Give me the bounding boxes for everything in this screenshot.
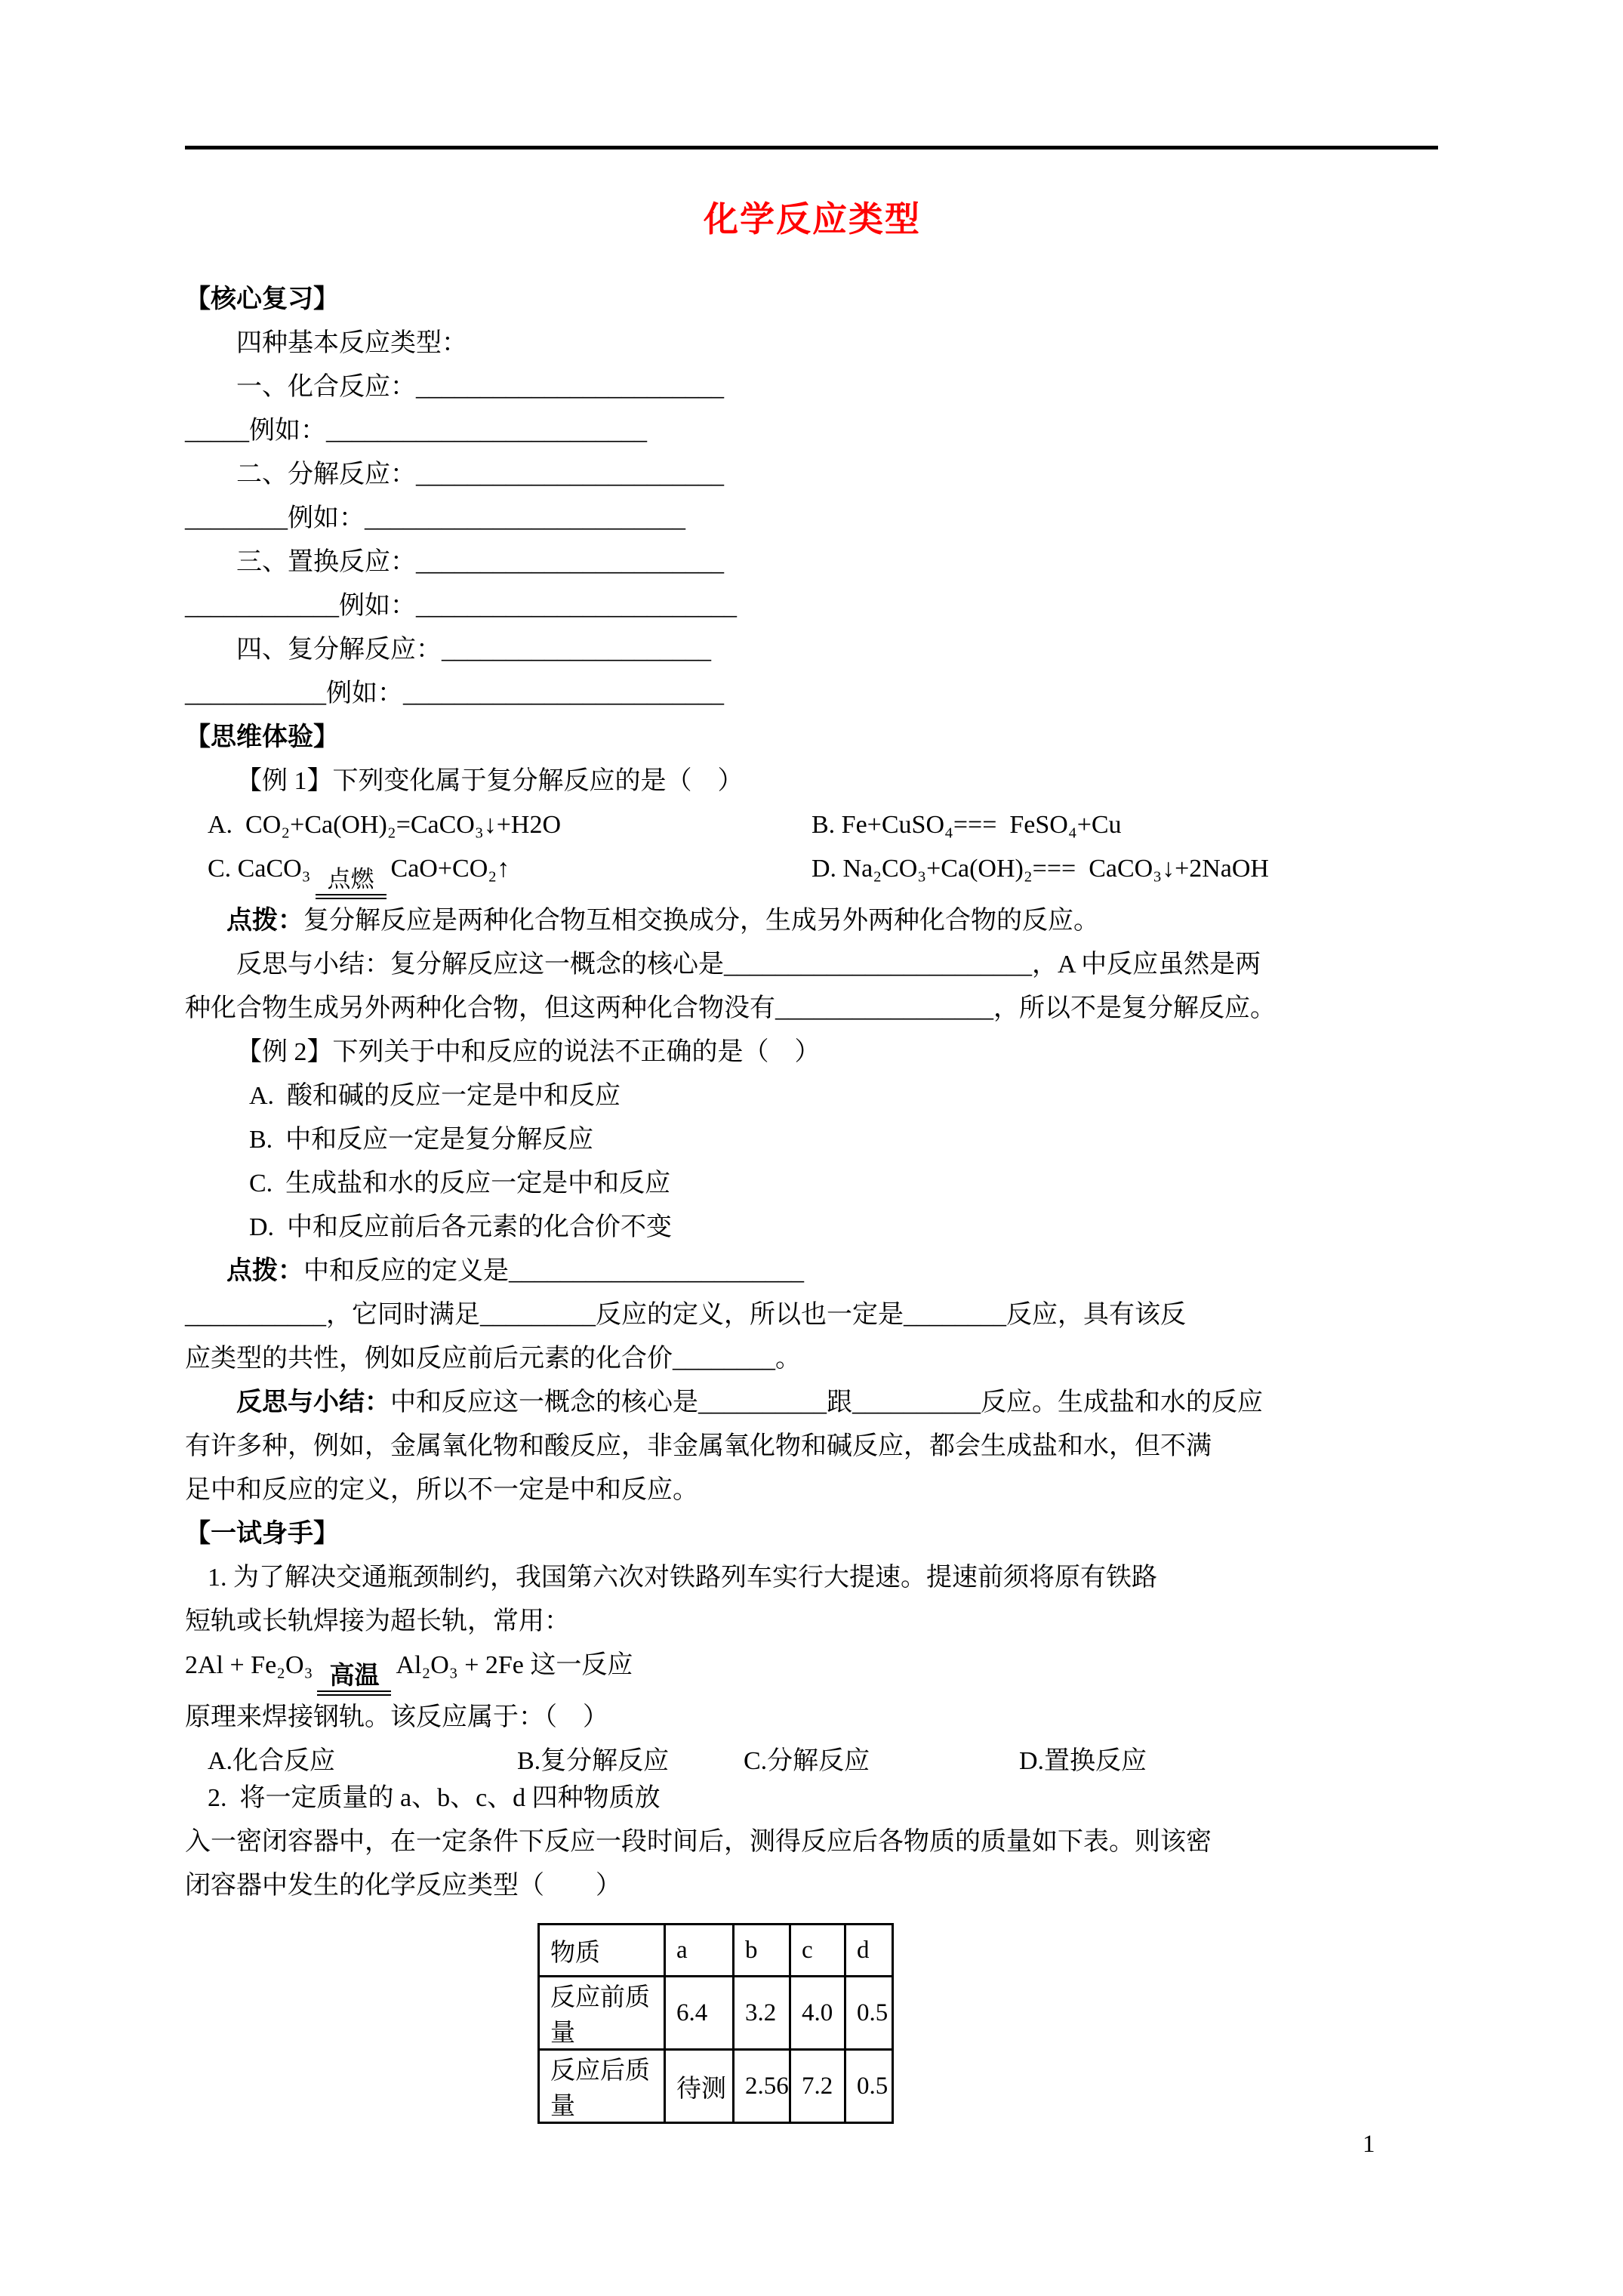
reaction-condition: 点燃 <box>316 865 387 899</box>
core-item-2-label: 二、分解反应： <box>236 461 416 488</box>
table-header-cell: a <box>665 1925 734 1977</box>
core-item-1-label: 一、化合反应： <box>236 373 416 401</box>
hint-text: ，它同时满足 <box>326 1301 480 1329</box>
table-row: 反应后质量 待测 2.56 7.2 0.5 <box>539 2050 893 2123</box>
equation-reactants: 2Al + Fe₂O₃ <box>185 1651 313 1679</box>
blank-line: _________________________ <box>365 504 685 532</box>
summary-text: 反应。生成盐和水的反应 <box>981 1388 1263 1416</box>
hint-text: 复分解反应是两种化合物互相交换成分，生成另外两种化合物的反应。 <box>303 907 1099 935</box>
example2-summary-line3: 足中和反应的定义，所以不一定是中和反应。 <box>185 1469 1440 1512</box>
core-item-1-example: _____例如：_________________________ <box>185 409 1440 453</box>
summary-label: 反思与小结： <box>236 1388 390 1416</box>
table-header-row: 物质 a b c d <box>539 1925 893 1977</box>
table-cell: 0.5 <box>845 2050 893 2123</box>
table-cell: 待测 <box>665 2050 734 2123</box>
section-header-core-review: 【核心复习】 <box>185 278 1440 322</box>
table-cell: 4.0 <box>790 1977 845 2050</box>
example1-options-ab: A. CO₂+Ca(OH)₂=CaCO₃↓+H2O B. Fe+CuSO₄===… <box>185 803 1440 847</box>
example1-summary-line1: 反思与小结：复分解反应这一概念的核心是_____________________… <box>185 943 1440 987</box>
blank-line: ___________ <box>185 680 326 707</box>
summary-text: 跟 <box>827 1388 852 1416</box>
option-c-reactant: C. CaCO₃ <box>208 855 311 883</box>
reaction-condition-label: 高温 <box>317 1662 391 1696</box>
blank-line: _________________________ <box>403 680 724 707</box>
hint-label: 点拨： <box>226 907 303 935</box>
blank-line: ________ <box>904 1301 1006 1329</box>
table-cell: 反应前质量 <box>539 1977 665 2050</box>
example1-summary-line2: 种化合物生成另外两种化合物，但这两种化合物没有_________________… <box>185 987 1440 1031</box>
question1-equation: 2Al + Fe₂O₃高温Al₂O₃ + 2Fe 这一反应 <box>185 1644 1440 1696</box>
summary-text: ，A 中反应虽然是两 <box>1032 951 1261 978</box>
table-cell: 2.56 <box>734 2050 790 2123</box>
table-cell: 6.4 <box>665 1977 734 2050</box>
hint-text: 反应的定义，所以也一定是 <box>596 1301 904 1329</box>
example-label: 例如： <box>288 504 365 532</box>
question1-option-c: C.分解反应 <box>744 1740 1019 1777</box>
table-header-cell: b <box>734 1925 790 1977</box>
hint-text: 中和反应的定义是 <box>303 1257 509 1285</box>
example2-hint-line2: ___________，它同时满足_________反应的定义，所以也一定是__… <box>185 1293 1440 1337</box>
blank-line: __________ <box>698 1388 827 1416</box>
table-header-cell: 物质 <box>539 1925 665 1977</box>
hint-text: 。 <box>775 1345 801 1373</box>
example2-option-b: B. 中和反应一定是复分解反应 <box>185 1118 1440 1162</box>
question1-options: A.化合反应 B.复分解反应 C.分解反应 D.置换反应 <box>185 1740 1440 1777</box>
blank-line: ________ <box>185 504 288 532</box>
table-cell: 3.2 <box>734 1977 790 2050</box>
table-cell: 反应后质量 <box>539 2050 665 2123</box>
question1-option-a: A.化合反应 <box>185 1740 517 1777</box>
core-item-2-example: ________例如：_________________________ <box>185 497 1440 541</box>
core-item-3-label: 三、置换反应： <box>236 548 416 576</box>
core-item-2: 二、分解反应：________________________ <box>185 453 1440 497</box>
blank-line: ____________ <box>185 592 339 620</box>
blank-line: _______________________ <box>509 1257 804 1285</box>
equation-products: Al₂O₃ + 2Fe 这一反应 <box>396 1651 633 1679</box>
core-item-4: 四、复分解反应：_____________________ <box>185 628 1440 672</box>
core-item-4-label: 四、复分解反应： <box>236 636 442 664</box>
blank-line: _________ <box>480 1301 596 1329</box>
blank-line: ________________________ <box>416 461 724 488</box>
blank-line: _________________________ <box>326 417 647 445</box>
example2-title: 【例 2】下列关于中和反应的说法不正确的是（ ） <box>185 1031 1440 1074</box>
summary-text: ，所以不是复分解反应。 <box>993 994 1276 1022</box>
hint-text: 应类型的共性，例如反应前后元素的化合价 <box>185 1345 673 1373</box>
example2-hint-line3: 应类型的共性，例如反应前后元素的化合价________。 <box>185 1337 1440 1381</box>
example1-options-cd: C. CaCO₃点燃CaO+CO₂↑ D. Na₂CO₃+Ca(OH)₂=== … <box>185 847 1440 899</box>
table-row: 反应前质量 6.4 3.2 4.0 0.5 <box>539 1977 893 2050</box>
summary-text: 种化合物生成另外两种化合物，但这两种化合物没有 <box>185 994 775 1022</box>
example2-hint-line1: 点拨：中和反应的定义是_______________________ <box>185 1250 1440 1293</box>
example1-option-d: D. Na₂CO₃+Ca(OH)₂=== CaCO₃↓+2NaOH <box>811 847 1269 899</box>
core-item-3: 三、置换反应：________________________ <box>185 541 1440 584</box>
blank-line: _________________________ <box>416 592 737 620</box>
table-header-cell: d <box>845 1925 893 1977</box>
example1-title: 【例 1】下列变化属于复分解反应的是（ ） <box>185 760 1440 803</box>
example2-summary-line1: 反思与小结：中和反应这一概念的核心是__________跟__________反… <box>185 1381 1440 1425</box>
question2-line3: 闭容器中发生的化学反应类型（ ） <box>185 1864 1440 1908</box>
core-item-4-example: ___________例如：_________________________ <box>185 672 1440 716</box>
question1-line2: 短轨或长轨焊接为超长轨，常用： <box>185 1600 1440 1644</box>
hint-label: 点拨： <box>226 1257 303 1285</box>
mass-table: 物质 a b c d 反应前质量 6.4 3.2 4.0 0.5 反应后质量 待… <box>537 1923 894 2124</box>
core-item-1: 一、化合反应：________________________ <box>185 365 1440 409</box>
summary-label: 反思与小结： <box>236 951 390 978</box>
blank-line: ___________ <box>185 1301 326 1329</box>
hint-text: 反应，具有该反 <box>1006 1301 1186 1329</box>
blank-line: ________________________ <box>724 951 1032 978</box>
reaction-condition: 高温 <box>317 1662 391 1696</box>
question1-option-b: B.复分解反应 <box>517 1740 744 1777</box>
example-label: 例如： <box>339 592 416 620</box>
page-title: 化学反应类型 <box>185 192 1440 242</box>
blank-line: _____ <box>185 417 249 445</box>
table-header-cell: c <box>790 1925 845 1977</box>
question1-option-d: D.置换反应 <box>1019 1740 1147 1777</box>
blank-line: _____________________ <box>442 636 711 664</box>
blank-line: __________ <box>852 1388 981 1416</box>
header-horizontal-rule <box>185 146 1438 149</box>
document-page: 化学反应类型 【核心复习】 四种基本反应类型： 一、化合反应：_________… <box>185 146 1440 2124</box>
question1-line1: 1. 为了解决交通瓶颈制约，我国第六次对铁路列车实行大提速。提速前须将原有铁路 <box>185 1556 1440 1600</box>
question2-line2: 入一密闭容器中，在一定条件下反应一段时间后，测得反应后各物质的质量如下表。则该密 <box>185 1820 1440 1864</box>
summary-text: 中和反应这一概念的核心是 <box>390 1388 698 1416</box>
example1-hint: 点拨：复分解反应是两种化合物互相交换成分，生成另外两种化合物的反应。 <box>185 899 1440 943</box>
core-intro: 四种基本反应类型： <box>185 322 1440 365</box>
table-cell: 0.5 <box>845 1977 893 2050</box>
summary-text: 复分解反应这一概念的核心是 <box>390 951 724 978</box>
page-number: 1 <box>1363 2131 1375 2159</box>
example-label: 例如： <box>249 417 326 445</box>
section-header-practice: 【一试身手】 <box>185 1512 1440 1556</box>
example2-summary-line2: 有许多种，例如，金属氧化物和酸反应，非金属氧化物和碱反应，都会生成盐和水，但不满 <box>185 1425 1440 1469</box>
question1-line3: 原理来焊接钢轨。该反应属于：（ ） <box>185 1696 1440 1740</box>
example-label: 例如： <box>326 680 403 707</box>
example1-option-a: A. CO₂+Ca(OH)₂=CaCO₃↓+H2O <box>185 803 811 847</box>
example1-option-b: B. Fe+CuSO₄=== FeSO₄+Cu <box>811 803 1122 847</box>
blank-line: ________________________ <box>416 548 724 576</box>
blank-line: ________ <box>673 1345 775 1373</box>
blank-line: _________________ <box>775 994 993 1022</box>
example1-option-c: C. CaCO₃点燃CaO+CO₂↑ <box>185 847 811 899</box>
core-item-3-example: ____________例如：_________________________ <box>185 584 1440 628</box>
question2-line1: 2. 将一定质量的 a、b、c、d 四种物质放 <box>185 1777 1440 1820</box>
blank-line: ________________________ <box>416 373 724 401</box>
table-cell: 7.2 <box>790 2050 845 2123</box>
example2-option-a: A. 酸和碱的反应一定是中和反应 <box>185 1074 1440 1118</box>
example2-option-c: C. 生成盐和水的反应一定是中和反应 <box>185 1162 1440 1206</box>
reaction-condition-label: 点燃 <box>316 865 387 899</box>
section-header-thinking: 【思维体验】 <box>185 716 1440 760</box>
example2-option-d: D. 中和反应前后各元素的化合价不变 <box>185 1206 1440 1250</box>
option-c-product: CaO+CO₂↑ <box>391 855 510 883</box>
